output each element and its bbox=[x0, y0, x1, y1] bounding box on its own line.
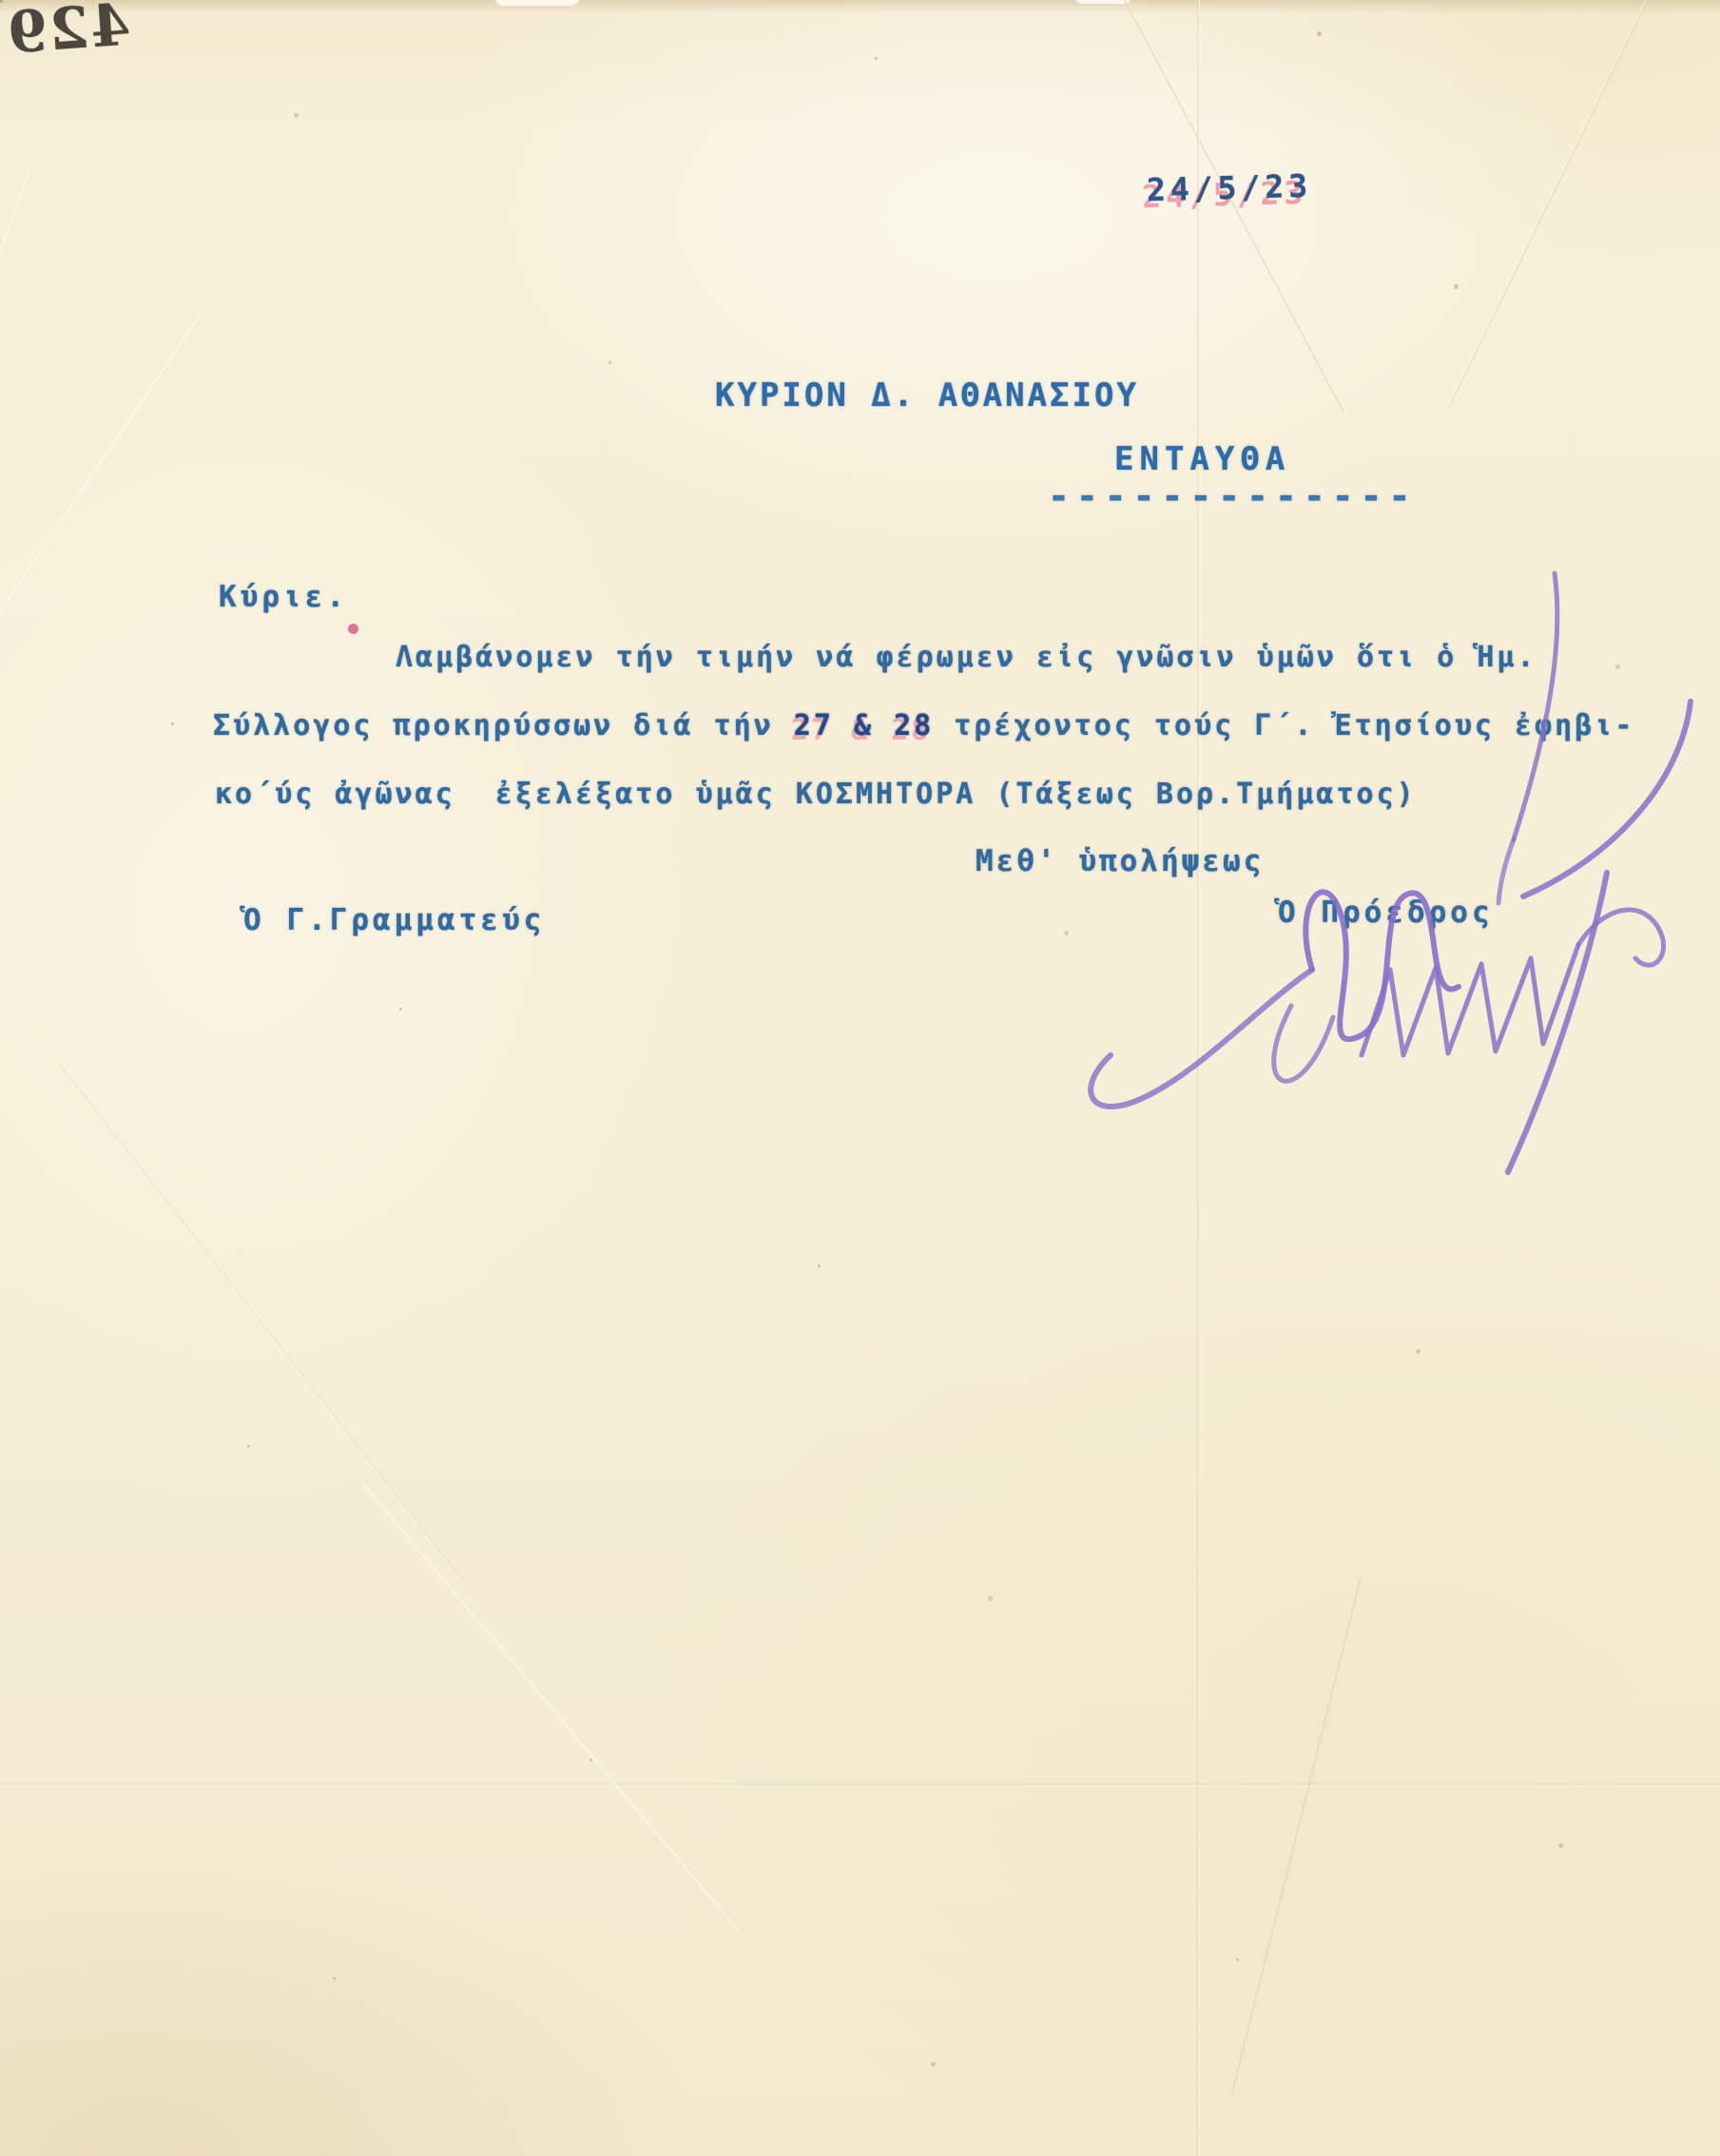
paper-crease bbox=[57, 1063, 469, 1588]
paper-crease bbox=[0, 314, 202, 756]
red-ink-dot bbox=[348, 624, 358, 634]
scanned-letter-page: 429 24/5/23 ΚΥΡΙΟΝ Δ. ΑΘΑΝΑΣΙΟΥ ΕΝΤΑΥΘΑ … bbox=[0, 0, 1720, 2156]
location-line: ΕΝΤΑΥΘΑ bbox=[1114, 440, 1290, 478]
dashed-divider: ------------- bbox=[1048, 475, 1417, 517]
paper-crease bbox=[0, 171, 30, 547]
letter-date: 24/5/23 bbox=[1147, 167, 1313, 209]
salutation: Κύριε. bbox=[219, 580, 348, 614]
paper-tear bbox=[494, 0, 580, 6]
paper-specks bbox=[0, 0, 3, 3]
paper-crease bbox=[0, 1783, 1720, 1786]
body-line-2-prefix: Σύλλογος προκηρύσσων διά τήν bbox=[213, 709, 794, 742]
paper-crease bbox=[1447, 0, 1667, 408]
paper-crease bbox=[361, 1482, 742, 1935]
games-dates: 27 & 28 bbox=[794, 709, 934, 742]
paper-tear bbox=[1074, 0, 1131, 4]
secretary-title: Ὁ Γ.Γραμματεύς bbox=[243, 903, 545, 937]
recipient-line: ΚΥΡΙΟΝ Δ. ΑΘΑΝΑΣΙΟΥ bbox=[715, 376, 1139, 414]
paper-crease bbox=[1231, 1578, 1362, 2095]
archive-number-stamp: 429 bbox=[4, 0, 133, 67]
president-signature bbox=[1074, 559, 1702, 1215]
torn-top-edge bbox=[0, 0, 1720, 13]
